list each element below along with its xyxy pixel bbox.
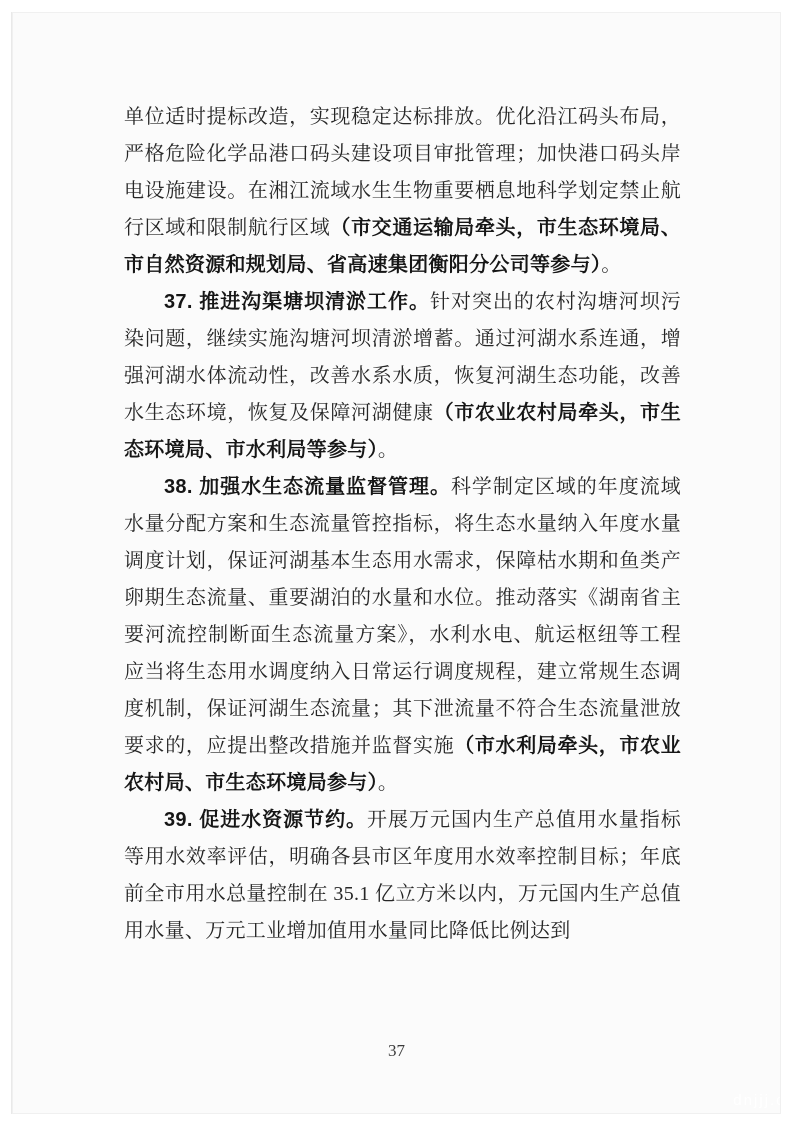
text-segment: 科学制定区域的年度流域水量分配方案和生态流量管控指标，将生态水量纳入年度水量调度… xyxy=(124,476,681,757)
document-page-background: 单位适时提标改造，实现稳定达标排放。优化沿江码头布局，严格危险化学品港口码头建设… xyxy=(0,0,792,1122)
text-segment: 。 xyxy=(378,439,398,461)
bold-text-segment: 38. 加强水生态流量监督管理。 xyxy=(164,476,451,498)
document-body: 单位适时提标改造，实现稳定达标排放。优化沿江码头布局，严格危险化学品港口码头建设… xyxy=(124,99,681,950)
page-number: 37 xyxy=(13,1041,780,1061)
watermark: dnjjj.co xyxy=(733,1092,781,1109)
text-segment: 。 xyxy=(378,772,398,794)
paragraph: 39. 促进水资源节约。开展万元国内生产总值用水量指标等用水效率评估，明确各县市… xyxy=(124,802,681,950)
bold-text-segment: 37. 推进沟渠塘坝清淤工作。 xyxy=(164,291,430,313)
bold-text-segment: 39. 促进水资源节约。 xyxy=(164,809,367,831)
paragraph: 单位适时提标改造，实现稳定达标排放。优化沿江码头布局，严格危险化学品港口码头建设… xyxy=(124,99,681,284)
paragraph: 38. 加强水生态流量监督管理。科学制定区域的年度流域水量分配方案和生态流量管控… xyxy=(124,469,681,802)
paragraph: 37. 推进沟渠塘坝清淤工作。针对突出的农村沟塘河坝污染问题，继续实施沟塘河坝清… xyxy=(124,284,681,469)
text-segment: 。 xyxy=(601,254,621,276)
document-page: 单位适时提标改造，实现稳定达标排放。优化沿江码头布局，严格危险化学品港口码头建设… xyxy=(12,12,781,1114)
